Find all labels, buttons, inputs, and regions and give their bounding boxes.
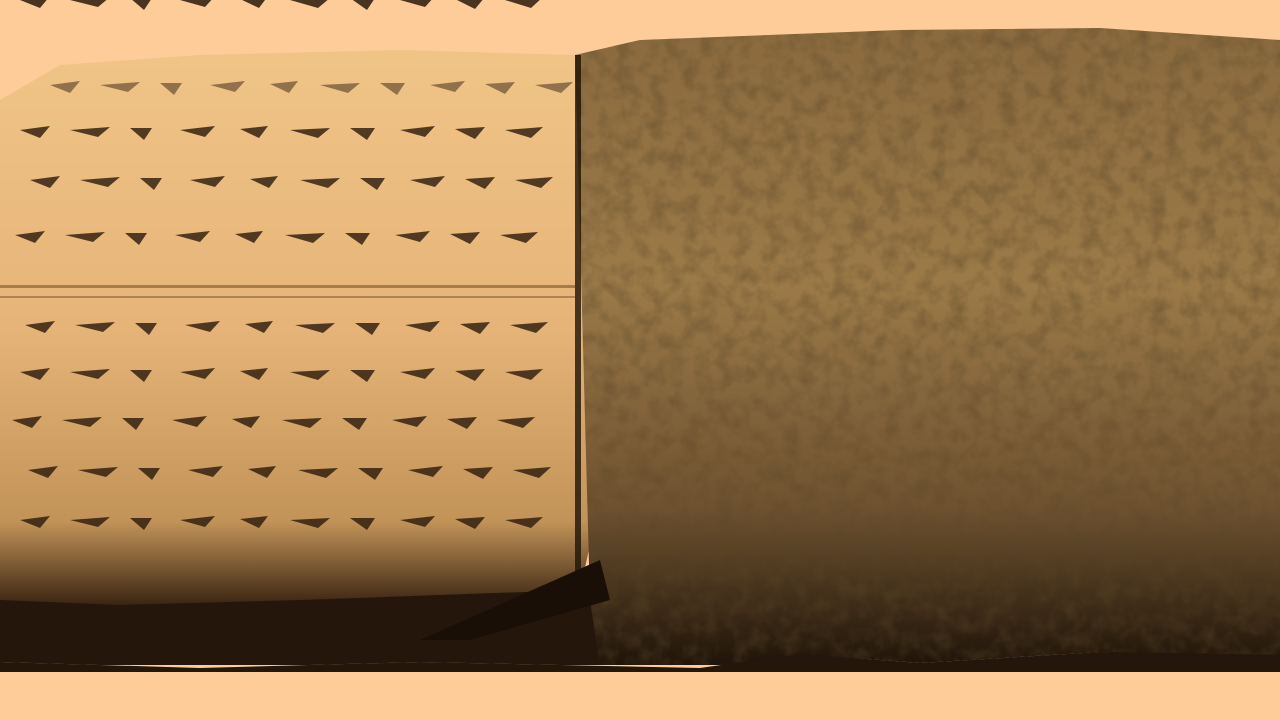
cuneiform-tablet bbox=[0, 0, 1280, 720]
tablet-photo bbox=[0, 0, 1280, 720]
cuneiform-wedges bbox=[20, 0, 543, 10]
